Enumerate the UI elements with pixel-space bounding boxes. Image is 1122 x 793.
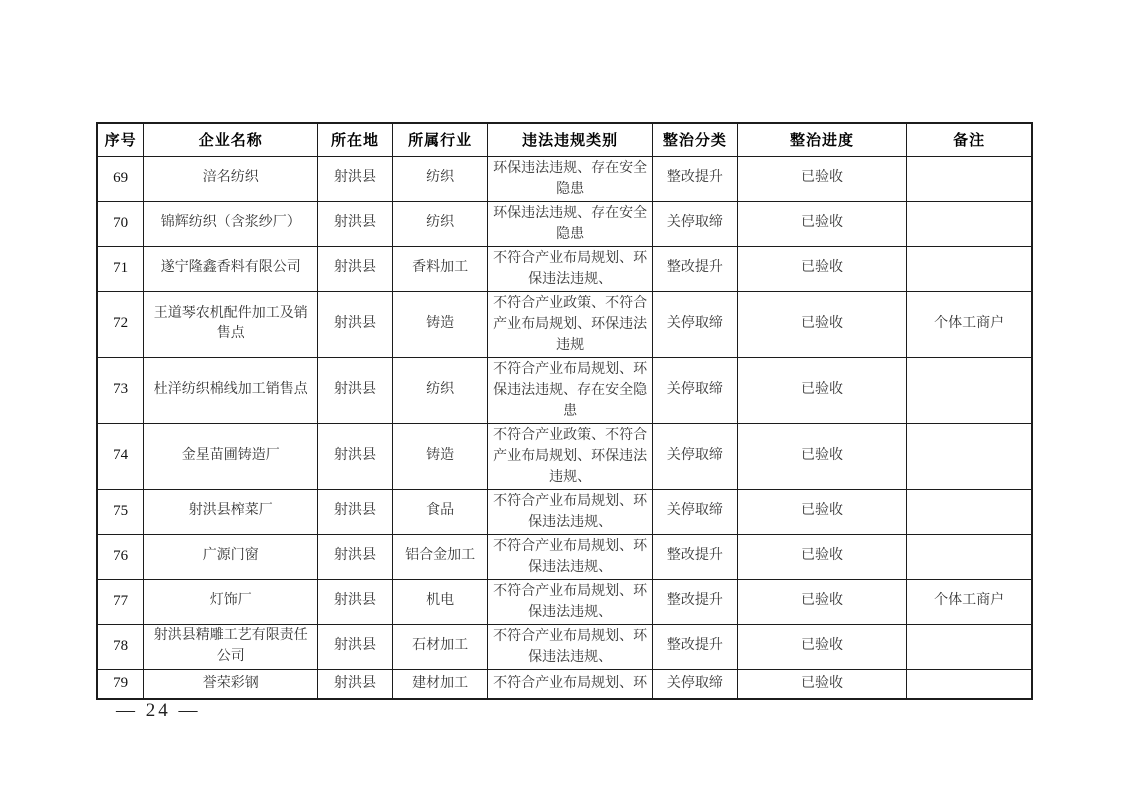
header-progress: 整治进度 <box>737 123 906 156</box>
cell-remark <box>907 489 1032 534</box>
cell-category: 关停取缔 <box>652 201 737 246</box>
cell-company-name: 锦辉纺织（含浆纱厂） <box>144 201 318 246</box>
cell-progress: 已验收 <box>737 489 906 534</box>
cell-category: 整改提升 <box>652 156 737 201</box>
cell-progress: 已验收 <box>737 357 906 423</box>
cell-location: 射洪县 <box>318 534 393 579</box>
cell-violation: 不符合产业政策、不符合产业布局规划、环保违法违规 <box>488 291 653 357</box>
cell-industry: 香料加工 <box>392 246 487 291</box>
table-row: 73 杜洋纺织棉线加工销售点 射洪县 纺织 不符合产业布局规划、环保违法违规、存… <box>97 357 1032 423</box>
cell-remark <box>907 156 1032 201</box>
cell-no: 70 <box>97 201 144 246</box>
cell-no: 74 <box>97 423 144 489</box>
cell-company-name: 射洪县精雕工艺有限责任公司 <box>144 624 318 669</box>
cell-remark: 个体工商户 <box>907 579 1032 624</box>
cell-progress: 已验收 <box>737 291 906 357</box>
cell-progress: 已验收 <box>737 624 906 669</box>
cell-industry: 纺织 <box>392 201 487 246</box>
cell-remark <box>907 423 1032 489</box>
cell-category: 关停取缔 <box>652 423 737 489</box>
cell-location: 射洪县 <box>318 201 393 246</box>
cell-no: 78 <box>97 624 144 669</box>
table-row: 72 王道琴农机配件加工及销售点 射洪县 铸造 不符合产业政策、不符合产业布局规… <box>97 291 1032 357</box>
cell-progress: 已验收 <box>737 201 906 246</box>
cell-violation: 环保违法违规、存在安全隐患 <box>488 156 653 201</box>
cell-industry: 建材加工 <box>392 669 487 699</box>
cell-company-name: 金星苗圃铸造厂 <box>144 423 318 489</box>
header-no: 序号 <box>97 123 144 156</box>
cell-location: 射洪县 <box>318 489 393 534</box>
document-page: 序号 企业名称 所在地 所属行业 违法违规类别 整治分类 整治进度 备注 69 … <box>0 0 1122 793</box>
cell-remark <box>907 357 1032 423</box>
cell-industry: 石材加工 <box>392 624 487 669</box>
header-industry: 所属行业 <box>392 123 487 156</box>
table-row: 70 锦辉纺织（含浆纱厂） 射洪县 纺织 环保违法违规、存在安全隐患 关停取缔 … <box>97 201 1032 246</box>
header-location: 所在地 <box>318 123 393 156</box>
cell-location: 射洪县 <box>318 156 393 201</box>
cell-location: 射洪县 <box>318 246 393 291</box>
cell-category: 关停取缔 <box>652 489 737 534</box>
cell-progress: 已验收 <box>737 534 906 579</box>
cell-industry: 铸造 <box>392 291 487 357</box>
cell-violation: 不符合产业布局规划、环保违法违规、 <box>488 489 653 534</box>
cell-industry: 纺织 <box>392 156 487 201</box>
table-row: 78 射洪县精雕工艺有限责任公司 射洪县 石材加工 不符合产业布局规划、环保违法… <box>97 624 1032 669</box>
cell-category: 关停取缔 <box>652 669 737 699</box>
cell-violation: 不符合产业布局规划、环保违法违规、 <box>488 624 653 669</box>
table-row: 74 金星苗圃铸造厂 射洪县 铸造 不符合产业政策、不符合产业布局规划、环保违法… <box>97 423 1032 489</box>
cell-location: 射洪县 <box>318 423 393 489</box>
cell-no: 76 <box>97 534 144 579</box>
cell-violation: 不符合产业布局规划、环保违法违规、 <box>488 579 653 624</box>
cell-company-name: 誉荣彩钢 <box>144 669 318 699</box>
cell-remark <box>907 624 1032 669</box>
cell-company-name: 遂宁隆鑫香料有限公司 <box>144 246 318 291</box>
cell-location: 射洪县 <box>318 357 393 423</box>
cell-progress: 已验收 <box>737 579 906 624</box>
cell-industry: 纺织 <box>392 357 487 423</box>
cell-no: 79 <box>97 669 144 699</box>
table-row: 75 射洪县榨菜厂 射洪县 食品 不符合产业布局规划、环保违法违规、 关停取缔 … <box>97 489 1032 534</box>
cell-remark: 个体工商户 <box>907 291 1032 357</box>
cell-no: 72 <box>97 291 144 357</box>
cell-location: 射洪县 <box>318 579 393 624</box>
cell-no: 75 <box>97 489 144 534</box>
cell-violation: 不符合产业布局规划、环保违法违规、 <box>488 246 653 291</box>
cell-industry: 食品 <box>392 489 487 534</box>
table-row: 76 广源门窗 射洪县 铝合金加工 不符合产业布局规划、环保违法违规、 整改提升… <box>97 534 1032 579</box>
cell-no: 69 <box>97 156 144 201</box>
header-violation: 违法违规类别 <box>488 123 653 156</box>
cell-remark <box>907 201 1032 246</box>
cell-remark <box>907 534 1032 579</box>
cell-company-name: 灯饰厂 <box>144 579 318 624</box>
cell-progress: 已验收 <box>737 423 906 489</box>
table-header-row: 序号 企业名称 所在地 所属行业 违法违规类别 整治分类 整治进度 备注 <box>97 123 1032 156</box>
cell-company-name: 广源门窗 <box>144 534 318 579</box>
cell-violation: 不符合产业布局规划、环保违法违规、 <box>488 534 653 579</box>
cell-company-name: 涪名纺织 <box>144 156 318 201</box>
cell-company-name: 射洪县榨菜厂 <box>144 489 318 534</box>
header-category: 整治分类 <box>652 123 737 156</box>
cell-progress: 已验收 <box>737 156 906 201</box>
cell-violation: 不符合产业布局规划、环 <box>488 669 653 699</box>
cell-industry: 机电 <box>392 579 487 624</box>
cell-violation: 不符合产业政策、不符合产业布局规划、环保违法违规、 <box>488 423 653 489</box>
table-row: 71 遂宁隆鑫香料有限公司 射洪县 香料加工 不符合产业布局规划、环保违法违规、… <box>97 246 1032 291</box>
cell-category: 整改提升 <box>652 579 737 624</box>
cell-category: 整改提升 <box>652 624 737 669</box>
cell-location: 射洪县 <box>318 624 393 669</box>
cell-no: 77 <box>97 579 144 624</box>
cell-category: 关停取缔 <box>652 357 737 423</box>
cell-industry: 铸造 <box>392 423 487 489</box>
table-row: 79 誉荣彩钢 射洪县 建材加工 不符合产业布局规划、环 关停取缔 已验收 <box>97 669 1032 699</box>
table-row: 77 灯饰厂 射洪县 机电 不符合产业布局规划、环保违法违规、 整改提升 已验收… <box>97 579 1032 624</box>
cell-category: 整改提升 <box>652 246 737 291</box>
cell-progress: 已验收 <box>737 246 906 291</box>
cell-progress: 已验收 <box>737 669 906 699</box>
table-row: 69 涪名纺织 射洪县 纺织 环保违法违规、存在安全隐患 整改提升 已验收 <box>97 156 1032 201</box>
page-number: — 24 — <box>116 700 201 722</box>
cell-industry: 铝合金加工 <box>392 534 487 579</box>
cell-remark <box>907 669 1032 699</box>
cell-category: 整改提升 <box>652 534 737 579</box>
cell-category: 关停取缔 <box>652 291 737 357</box>
header-remark: 备注 <box>907 123 1032 156</box>
cell-violation: 环保违法违规、存在安全隐患 <box>488 201 653 246</box>
enterprise-rectification-table: 序号 企业名称 所在地 所属行业 违法违规类别 整治分类 整治进度 备注 69 … <box>96 122 1033 700</box>
cell-company-name: 杜洋纺织棉线加工销售点 <box>144 357 318 423</box>
cell-remark <box>907 246 1032 291</box>
cell-location: 射洪县 <box>318 669 393 699</box>
cell-location: 射洪县 <box>318 291 393 357</box>
cell-no: 71 <box>97 246 144 291</box>
cell-company-name: 王道琴农机配件加工及销售点 <box>144 291 318 357</box>
cell-no: 73 <box>97 357 144 423</box>
cell-violation: 不符合产业布局规划、环保违法违规、存在安全隐患 <box>488 357 653 423</box>
header-company-name: 企业名称 <box>144 123 318 156</box>
